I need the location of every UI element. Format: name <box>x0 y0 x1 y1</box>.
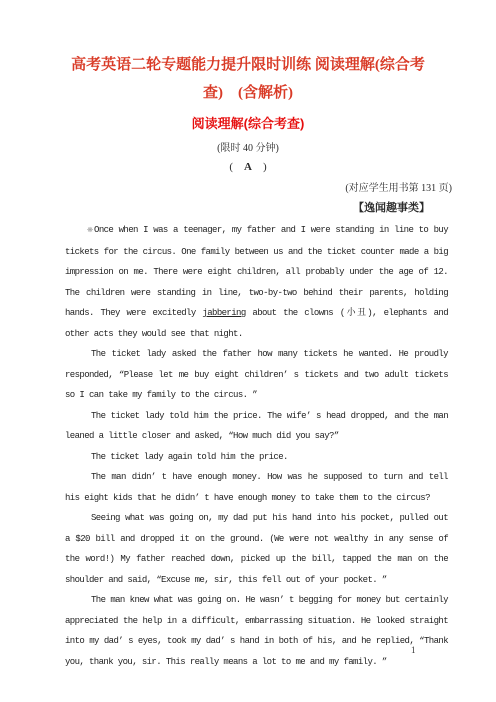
paragraph-text: Once when I was a teenager, my father an… <box>65 225 448 318</box>
part-letter: A <box>233 161 263 173</box>
paragraph-marker-icon: ❋ <box>87 225 94 236</box>
paragraph: The man didn’ t have enough money. How w… <box>65 467 448 508</box>
page-title: 高考英语二轮专题能力提升限时训练 阅读理解(综合考查) (含解析) <box>66 51 430 107</box>
reading-passage: ❋Once when I was a teenager, my father a… <box>65 220 448 672</box>
section-heading: 阅读理解(综合考查) <box>0 113 496 132</box>
paragraph: The man knew what was going on. He wasn’… <box>65 590 448 672</box>
paragraph: ❋Once when I was a teenager, my father a… <box>65 220 448 344</box>
time-limit-note: (限时 40 分钟) <box>0 139 496 154</box>
category-tag: 【逸闻趣事类】 <box>0 199 496 215</box>
part-label: (A) <box>0 161 496 173</box>
page-number: 1 <box>411 645 416 655</box>
paragraph: The ticket lady told him the price. The … <box>65 406 448 447</box>
underlined-word: jabbering <box>202 308 245 318</box>
paragraph: The ticket lady asked the father how man… <box>65 344 448 406</box>
part-close-paren: ) <box>263 161 267 173</box>
student-book-reference: (对应学生用书第 131 页) <box>0 179 496 194</box>
document-page: 高考英语二轮专题能力提升限时训练 阅读理解(综合考查) (含解析) 阅读理解(综… <box>0 0 496 702</box>
paragraph: Seeing what was going on, my dad put his… <box>65 508 448 590</box>
paragraph: The ticket lady again told him the price… <box>65 447 448 468</box>
